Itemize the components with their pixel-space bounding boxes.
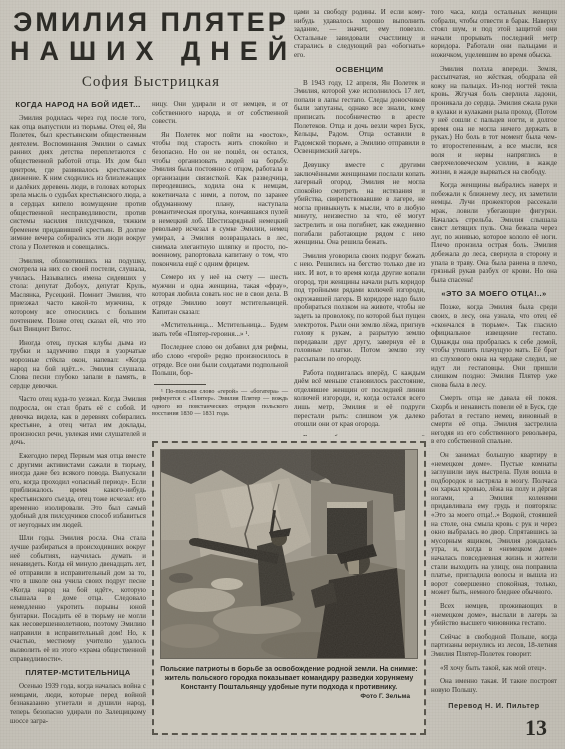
translator-credit: Перевод Н. И. Пильтер [431,701,557,710]
page-number: 13 [525,715,547,741]
article-title-line2: НАШИХ ДНЕЙ [10,37,292,66]
paragraph: Эмилия родилась через год после того, ка… [10,114,146,252]
paragraph: Последнее слово он добавил для рифмы, иб… [152,343,288,377]
paragraph: Эмилия ползла впереди. Земля, рассыпчата… [431,65,557,177]
photo-credit: Фото Г. Зельма [160,693,418,700]
text-column-3: цами за свободу родины. И если кому-нибу… [294,6,425,436]
section-heading-plater-avenger: ПЛЯТЕР-МСТИТЕЛЬНИЦА [10,668,146,677]
article-title-line1: ЭМИЛИЯ ПЛЯТЕР [10,8,292,37]
paragraph: Девушку вместе с другими заключёнными же… [294,161,425,247]
paragraph: Позже, когда Эмилия была среди своих, в … [431,303,557,389]
paragraph: Ян Полетек мог пойти на «восток», чтобы … [152,131,288,269]
paragraph: Шли годы. Эмилия росла. Она стала лучше … [10,534,146,663]
section-heading-when-people-go-to-battle: КОГДА НАРОД НА БОЙ ИДЕТ... [10,100,146,109]
paragraph: Работа подвигалась вперёд. С каждым днём… [294,369,425,429]
paragraph: Иногда отец, пуская клубы дыма из трубки… [10,339,146,391]
paragraph: Он занимал большую квартиру в «немецком … [431,451,557,597]
paragraph: Ежегодно перед Первым мая отца вместе с … [10,452,146,529]
paragraph: Когда женщины выбрались наверх и побежал… [431,181,557,284]
paragraph: Эмилия уговорила своих подруг бежать с н… [294,252,425,364]
quote-paragraph: «Мстительница... Мстительница... Будем з… [152,321,288,338]
article-masthead: ЭМИЛИЯ ПЛЯТЕР НАШИХ ДНЕЙ [10,8,292,66]
paragraph: В 1943 году, 12 апреля, Ян Полетек и Эми… [294,79,425,156]
photo-figure: Польские патриоты в борьбе за освобожден… [152,441,426,735]
footnote-divider [154,384,206,385]
section-heading-auschwitz: ОСВЕНЦИМ [294,65,425,74]
paragraph: Сейчас в свободной Польше, когда партиза… [431,633,557,659]
text-column-1: КОГДА НАРОД НА БОЙ ИДЕТ... Эмилия родила… [10,100,146,725]
paragraph: В день побега они вошли в подземный кори… [294,434,425,436]
text-column-4: того часа, когда остальных женщин собрал… [431,6,557,718]
paragraph: того часа, когда остальных женщин собрал… [431,8,557,60]
text-column-2: ницу. Они удирали и от немцев, и от собс… [152,100,288,436]
photo-image [160,449,418,659]
section-heading-for-my-father: «ЭТО ЗА МОЕГО ОТЦА!..» [431,289,557,298]
paragraph: Всех немцев, проживающих в «немецком дом… [431,602,557,628]
photo-caption: Польские патриоты в борьбе за освобожден… [160,665,418,692]
paragraph: Осенью 1939 года, когда началась война с… [10,682,146,725]
footnote-text: ¹ По-польски слово «герой» — «богатера» … [152,388,288,418]
paragraph: Часто отец куда-то уезжал. Когда Эмилия … [10,395,146,447]
paragraph: цами за свободу родины. И если кому-нибу… [294,8,425,60]
author-byline: София Быстрицкая [10,74,292,91]
paragraph: Смерть отца не давала ей покоя. Скорбь и… [431,394,557,446]
paragraph: ницу. Они удирали и от немцев, и от собс… [152,100,288,126]
paragraph: Она именно такая. И такие построят новую… [431,677,557,694]
paragraph: Эмилия, облокотившись на подушку, смотре… [10,257,146,334]
paragraph: Семеро их у неё на счету — шесть мужчин … [152,273,288,316]
paragraph: «Я хочу быть такой, как мой отец». [431,664,557,673]
magazine-page: ЭМИЛИЯ ПЛЯТЕР НАШИХ ДНЕЙ София Быстрицка… [0,0,565,749]
